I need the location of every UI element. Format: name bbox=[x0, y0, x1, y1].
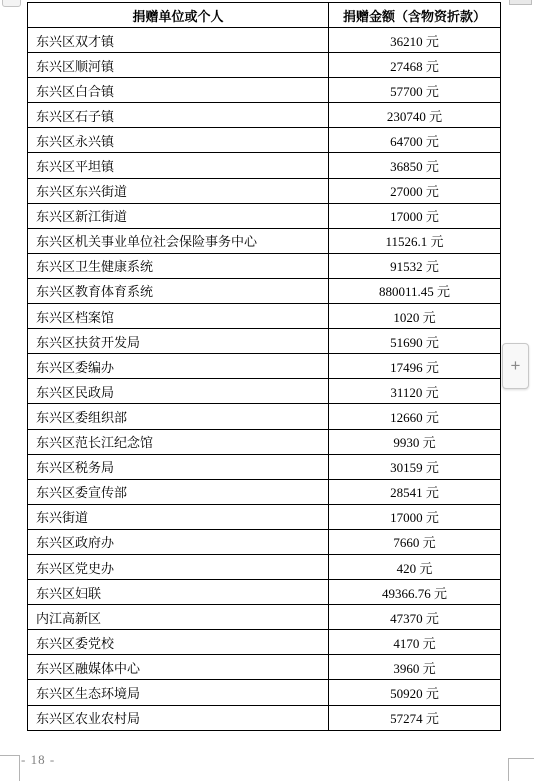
table-row: 东兴街道17000 元 bbox=[28, 504, 501, 529]
donor-cell: 东兴区政府办 bbox=[28, 529, 329, 554]
amount-cell: 230740 元 bbox=[329, 103, 501, 128]
text-boundary-mark-bottom-left-vertical bbox=[19, 755, 20, 781]
table-row: 东兴区档案馆1020 元 bbox=[28, 304, 501, 329]
amount-cell: 7660 元 bbox=[329, 529, 501, 554]
amount-cell: 9930 元 bbox=[329, 429, 501, 454]
table-row: 东兴区委组织部12660 元 bbox=[28, 404, 501, 429]
donor-cell: 东兴街道 bbox=[28, 504, 329, 529]
amount-cell: 880011.45 元 bbox=[329, 278, 501, 303]
donor-cell: 东兴区教育体育系统 bbox=[28, 278, 329, 303]
table-row: 东兴区平坦镇36850 元 bbox=[28, 153, 501, 178]
table-row: 东兴区新江街道17000 元 bbox=[28, 203, 501, 228]
table-row: 东兴区委编办17496 元 bbox=[28, 354, 501, 379]
donor-cell: 东兴区税务局 bbox=[28, 454, 329, 479]
donor-cell: 东兴区新江街道 bbox=[28, 203, 329, 228]
table-row: 东兴区政府办7660 元 bbox=[28, 529, 501, 554]
amount-cell: 3960 元 bbox=[329, 655, 501, 680]
donor-cell: 东兴区农业农村局 bbox=[28, 705, 329, 730]
table-header-row: 捐赠单位或个人 捐赠金额（含物资折款） bbox=[28, 3, 501, 28]
table-row: 东兴区范长江纪念馆9930 元 bbox=[28, 429, 501, 454]
table-row: 东兴区双才镇36210 元 bbox=[28, 28, 501, 53]
amount-cell: 27000 元 bbox=[329, 178, 501, 203]
amount-cell: 17496 元 bbox=[329, 354, 501, 379]
donor-cell: 东兴区机关事业单位社会保险事务中心 bbox=[28, 228, 329, 253]
donor-cell: 内江高新区 bbox=[28, 605, 329, 630]
amount-cell: 49366.76 元 bbox=[329, 580, 501, 605]
donor-cell: 东兴区委党校 bbox=[28, 630, 329, 655]
cutoff-ui-fragment-top-right bbox=[509, 0, 532, 5]
amount-cell: 50920 元 bbox=[329, 680, 501, 705]
text-boundary-mark-bottom-right-vertical bbox=[508, 758, 509, 781]
table-row: 东兴区委宣传部28541 元 bbox=[28, 479, 501, 504]
table-row: 东兴区机关事业单位社会保险事务中心11526.1 元 bbox=[28, 228, 501, 253]
amount-cell: 420 元 bbox=[329, 554, 501, 579]
table-row: 东兴区教育体育系统880011.45 元 bbox=[28, 278, 501, 303]
amount-cell: 47370 元 bbox=[329, 605, 501, 630]
amount-cell: 31120 元 bbox=[329, 379, 501, 404]
cutoff-ui-fragment-top-left bbox=[2, 0, 21, 7]
donor-cell: 东兴区顺河镇 bbox=[28, 53, 329, 78]
table-row: 东兴区民政局31120 元 bbox=[28, 379, 501, 404]
page-number: - 18 - bbox=[21, 752, 55, 768]
donor-cell: 东兴区委组织部 bbox=[28, 404, 329, 429]
amount-cell: 17000 元 bbox=[329, 203, 501, 228]
table-row: 东兴区永兴镇64700 元 bbox=[28, 128, 501, 153]
amount-cell: 28541 元 bbox=[329, 479, 501, 504]
donation-table: 捐赠单位或个人 捐赠金额（含物资折款） 东兴区双才镇36210 元东兴区顺河镇2… bbox=[27, 2, 501, 731]
amount-cell: 30159 元 bbox=[329, 454, 501, 479]
donor-column-header: 捐赠单位或个人 bbox=[28, 3, 329, 28]
table-row: 东兴区东兴街道27000 元 bbox=[28, 178, 501, 203]
amount-cell: 91532 元 bbox=[329, 253, 501, 278]
amount-column-header: 捐赠金额（含物资折款） bbox=[329, 3, 501, 28]
donor-cell: 东兴区妇联 bbox=[28, 580, 329, 605]
donor-cell: 东兴区石子镇 bbox=[28, 103, 329, 128]
text-boundary-mark-bottom-right-horizontal bbox=[508, 758, 534, 759]
text-boundary-mark-bottom-left-horizontal bbox=[0, 755, 20, 756]
amount-cell: 12660 元 bbox=[329, 404, 501, 429]
amount-cell: 51690 元 bbox=[329, 329, 501, 354]
donor-cell: 东兴区委宣传部 bbox=[28, 479, 329, 504]
amount-cell: 57274 元 bbox=[329, 705, 501, 730]
table-row: 东兴区扶贫开发局51690 元 bbox=[28, 329, 501, 354]
table-row: 东兴区融媒体中心3960 元 bbox=[28, 655, 501, 680]
amount-cell: 27468 元 bbox=[329, 53, 501, 78]
donor-cell: 东兴区卫生健康系统 bbox=[28, 253, 329, 278]
table-row: 东兴区委党校4170 元 bbox=[28, 630, 501, 655]
table-body: 东兴区双才镇36210 元东兴区顺河镇27468 元东兴区白合镇57700 元东… bbox=[28, 28, 501, 731]
donor-cell: 东兴区白合镇 bbox=[28, 78, 329, 103]
donor-cell: 东兴区范长江纪念馆 bbox=[28, 429, 329, 454]
donor-cell: 东兴区党史办 bbox=[28, 554, 329, 579]
table-row: 东兴区生态环境局50920 元 bbox=[28, 680, 501, 705]
donor-cell: 东兴区融媒体中心 bbox=[28, 655, 329, 680]
table-row: 东兴区党史办420 元 bbox=[28, 554, 501, 579]
donor-cell: 东兴区民政局 bbox=[28, 379, 329, 404]
donor-cell: 东兴区东兴街道 bbox=[28, 178, 329, 203]
donor-cell: 东兴区永兴镇 bbox=[28, 128, 329, 153]
expand-plus-button[interactable]: + bbox=[502, 343, 529, 389]
donor-cell: 东兴区扶贫开发局 bbox=[28, 329, 329, 354]
amount-cell: 64700 元 bbox=[329, 128, 501, 153]
donor-cell: 东兴区双才镇 bbox=[28, 28, 329, 53]
table-row: 东兴区妇联49366.76 元 bbox=[28, 580, 501, 605]
amount-cell: 11526.1 元 bbox=[329, 228, 501, 253]
table-row: 东兴区农业农村局57274 元 bbox=[28, 705, 501, 730]
amount-cell: 4170 元 bbox=[329, 630, 501, 655]
amount-cell: 1020 元 bbox=[329, 304, 501, 329]
donor-cell: 东兴区档案馆 bbox=[28, 304, 329, 329]
donor-cell: 东兴区平坦镇 bbox=[28, 153, 329, 178]
amount-cell: 17000 元 bbox=[329, 504, 501, 529]
table-row: 东兴区卫生健康系统91532 元 bbox=[28, 253, 501, 278]
amount-cell: 36850 元 bbox=[329, 153, 501, 178]
donor-cell: 东兴区委编办 bbox=[28, 354, 329, 379]
table-row: 东兴区白合镇57700 元 bbox=[28, 78, 501, 103]
table-row: 东兴区税务局30159 元 bbox=[28, 454, 501, 479]
amount-cell: 57700 元 bbox=[329, 78, 501, 103]
table-row: 东兴区顺河镇27468 元 bbox=[28, 53, 501, 78]
table-row: 东兴区石子镇230740 元 bbox=[28, 103, 501, 128]
amount-cell: 36210 元 bbox=[329, 28, 501, 53]
table-row: 内江高新区47370 元 bbox=[28, 605, 501, 630]
donor-cell: 东兴区生态环境局 bbox=[28, 680, 329, 705]
